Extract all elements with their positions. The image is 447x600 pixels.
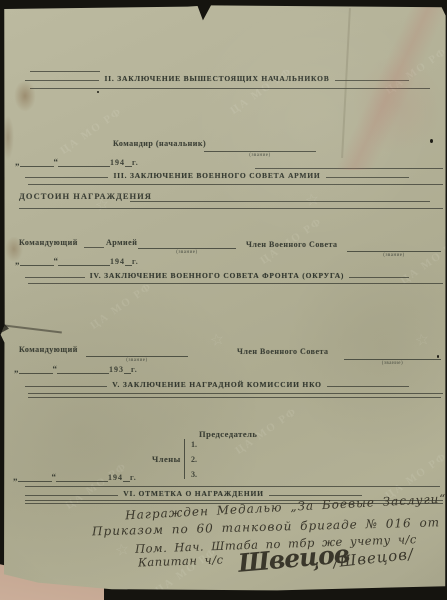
section-iii-title: III. ЗАКЛЮЧЕНИЕ ВОЕННОГО СОВЕТА АРМИИ: [113, 171, 320, 180]
blank-line: [124, 364, 131, 374]
rank-hint: (звание): [176, 250, 197, 255]
stain: [352, 55, 442, 155]
blank-line: [56, 472, 108, 482]
archive-watermark: ЦА МО РФ: [58, 105, 125, 157]
ink-speck: [97, 91, 99, 93]
member-item-2: 2.: [191, 455, 197, 464]
year-suffix: г.: [132, 158, 139, 167]
watermark-star-icon: ☆: [413, 329, 431, 352]
archive-watermark: ЦА МО РФ: [228, 65, 295, 117]
rule: [25, 486, 440, 487]
year-suffix: г.: [132, 257, 139, 266]
rule: [25, 277, 85, 278]
rule: [28, 393, 443, 394]
chairman-label: Председатель: [199, 429, 257, 439]
stain: [307, 0, 447, 170]
rule: [255, 168, 443, 169]
blank-line: [20, 157, 54, 167]
commanding-signature-line: (звание): [86, 349, 188, 363]
rule: [327, 386, 409, 387]
year-prefix: 193: [109, 365, 124, 374]
blank-line: [125, 157, 132, 167]
council-member-signature-line: (звание): [347, 244, 441, 258]
section-vi-title: VI. ОТМЕТКА О НАГРАЖДЕНИИ: [123, 489, 263, 498]
council-member-signature-line: (звание): [344, 352, 441, 366]
ink-speck: [430, 139, 433, 143]
rule: [25, 80, 99, 81]
rank-hint: (звание): [383, 253, 404, 258]
blank-line: [57, 364, 109, 374]
blank-line: [204, 144, 316, 152]
rank-hint: (звание): [249, 153, 270, 158]
handwriting-line-4: Капитан ч/с: [138, 553, 224, 570]
rule: [349, 277, 409, 278]
blank-line: [58, 157, 110, 167]
date-line: „ “ 194 г.: [15, 256, 139, 266]
paper-sheet: ЦА МО РФ ЦА МО РФ ЦА МО РФ ЦА МО РФ ЦА М…: [0, 0, 447, 600]
year-prefix: 194: [110, 158, 125, 167]
section-iv-title: IV. ЗАКЛЮЧЕНИЕ ВОЕННОГО СОВЕТА ФРОНТА (О…: [90, 271, 344, 280]
paper-tear: [0, 316, 9, 346]
rule: [28, 397, 441, 398]
blank-line: [19, 364, 53, 374]
council-member-label: Член Военного Совета: [237, 347, 329, 356]
blank-line: [20, 256, 54, 266]
section-vi-header: VI. ОТМЕТКА О НАГРАЖДЕНИИ: [25, 489, 362, 498]
commander-label: Командир (начальник): [113, 139, 206, 148]
scanned-document-page: ЦА МО РФ ЦА МО РФ ЦА МО РФ ЦА МО РФ ЦА М…: [0, 0, 447, 600]
commanding-label: Командующий: [19, 345, 78, 354]
watermark-star-icon: ☆: [208, 329, 226, 352]
section-v-title: V. ЗАКЛЮЧЕНИЕ НАГРАДНОЙ КОМИССИИ НКО: [112, 380, 322, 389]
date-line: „ “ 193 г.: [14, 364, 138, 374]
blank-line: [130, 201, 430, 202]
blank-line: [344, 352, 441, 360]
blank-line: [86, 349, 188, 357]
rule: [30, 88, 430, 89]
blank-line: [18, 472, 52, 482]
members-bracket: [184, 439, 185, 479]
worthy-of-award-label: ДОСТОИН НАГРАЖДЕНИЯ: [19, 191, 152, 201]
blank-line: [58, 256, 110, 266]
army-label: Армией: [106, 238, 137, 247]
rule: [269, 495, 362, 496]
ink-speck: [437, 355, 439, 358]
members-label: Члены: [152, 454, 181, 464]
commander-signature-line: (звание): [204, 144, 316, 158]
paper-tear: [4, 324, 62, 333]
watermark-star-icon: ☆: [113, 539, 131, 562]
section-ii-header: II. ЗАКЛЮЧЕНИЕ ВЫШЕСТОЯЩИХ НАЧАЛЬНИКОВ: [25, 74, 409, 83]
stain: [14, 80, 36, 112]
section-iv-header: IV. ЗАКЛЮЧЕНИЕ ВОЕННОГО СОВЕТА ФРОНТА (О…: [25, 271, 409, 280]
member-item-1: 1.: [191, 440, 197, 449]
year-prefix: 194: [110, 257, 125, 266]
blank-line: [347, 244, 441, 252]
section-v-header: V. ЗАКЛЮЧЕНИЕ НАГРАДНОЙ КОМИССИИ НКО: [25, 380, 409, 389]
blank-line: [125, 256, 132, 266]
year-suffix: г.: [131, 365, 138, 374]
date-line: „ “ 194 г.: [13, 472, 137, 482]
rule: [25, 495, 118, 496]
commanding-signature-line: (звание): [138, 241, 236, 255]
rule: [25, 386, 107, 387]
year-suffix: г.: [130, 473, 137, 482]
rule: [30, 71, 100, 72]
section-iii-header: III. ЗАКЛЮЧЕНИЕ ВОЕННОГО СОВЕТА АРМИИ: [25, 171, 409, 180]
member-item-3: 3.: [191, 470, 197, 479]
date-line: „ “ 194 г.: [15, 157, 139, 167]
commanding-label: Командующий: [19, 238, 78, 247]
blank-line: [123, 472, 130, 482]
rule: [28, 184, 443, 185]
rule: [25, 177, 108, 178]
archive-watermark: ЦА МО РФ: [88, 280, 155, 332]
rank-hint: (звание): [382, 361, 403, 366]
council-member-label: Член Военного Совета: [246, 240, 338, 249]
year-prefix: 194: [108, 473, 123, 482]
blank-line: [84, 247, 104, 248]
rule: [326, 177, 409, 178]
archive-watermark: ЦА МО РФ: [383, 45, 447, 97]
rule: [28, 283, 443, 284]
section-ii-title: II. ЗАКЛЮЧЕНИЕ ВЫШЕСТОЯЩИХ НАЧАЛЬНИКОВ: [104, 74, 329, 83]
rank-hint: (звание): [126, 358, 147, 363]
blank-line: [138, 241, 236, 249]
stain: [2, 115, 14, 160]
blank-line: [19, 208, 443, 209]
